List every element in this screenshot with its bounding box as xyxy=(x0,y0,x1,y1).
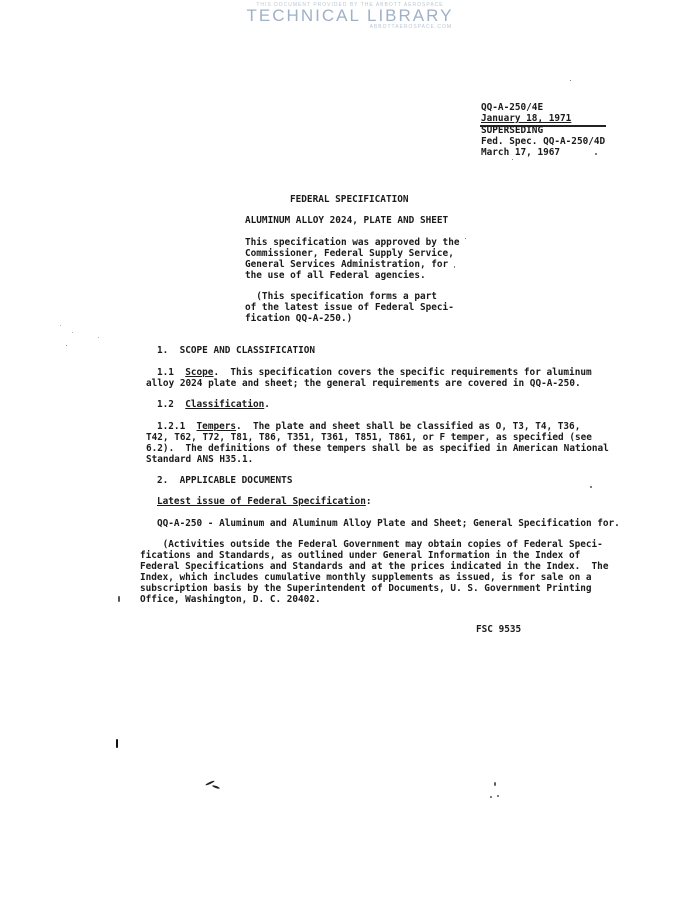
doc-subject: ALUMINUM ALLOY 2024, PLATE AND SHEET xyxy=(245,215,448,226)
section-2-subheading: Latest issue of Federal Specification: xyxy=(157,496,372,507)
superseded-spec: Fed. Spec. QQ-A-250/4D xyxy=(481,137,605,148)
doc-type-heading: FEDERAL SPECIFICATION xyxy=(290,194,409,205)
section-title: Scope xyxy=(185,367,213,378)
banner-title: TECHNICAL LIBRARY xyxy=(230,8,470,24)
spec-date: January 18, 1971 xyxy=(481,114,571,125)
abbott-library-banner: THIS DOCUMENT PROVIDED BY THE ABBOTT AER… xyxy=(230,0,470,30)
section-number: 1.1 xyxy=(157,367,174,378)
spec-number: QQ-A-250/4E xyxy=(481,103,543,114)
section-1-2-classification: 1.2 Classification. xyxy=(157,399,270,410)
superseded-date: March 17, 1967 xyxy=(481,148,560,159)
section-1-heading: 1. SCOPE AND CLASSIFICATION xyxy=(157,345,315,356)
reference-qq-a-250: QQ-A-250 - Aluminum and Aluminum Alloy P… xyxy=(157,518,620,529)
fsc-code: FSC 9535 xyxy=(476,624,521,635)
superseding-label: SUPERSEDING xyxy=(481,126,543,137)
section-2-heading: 2. APPLICABLE DOCUMENTS xyxy=(157,475,292,486)
